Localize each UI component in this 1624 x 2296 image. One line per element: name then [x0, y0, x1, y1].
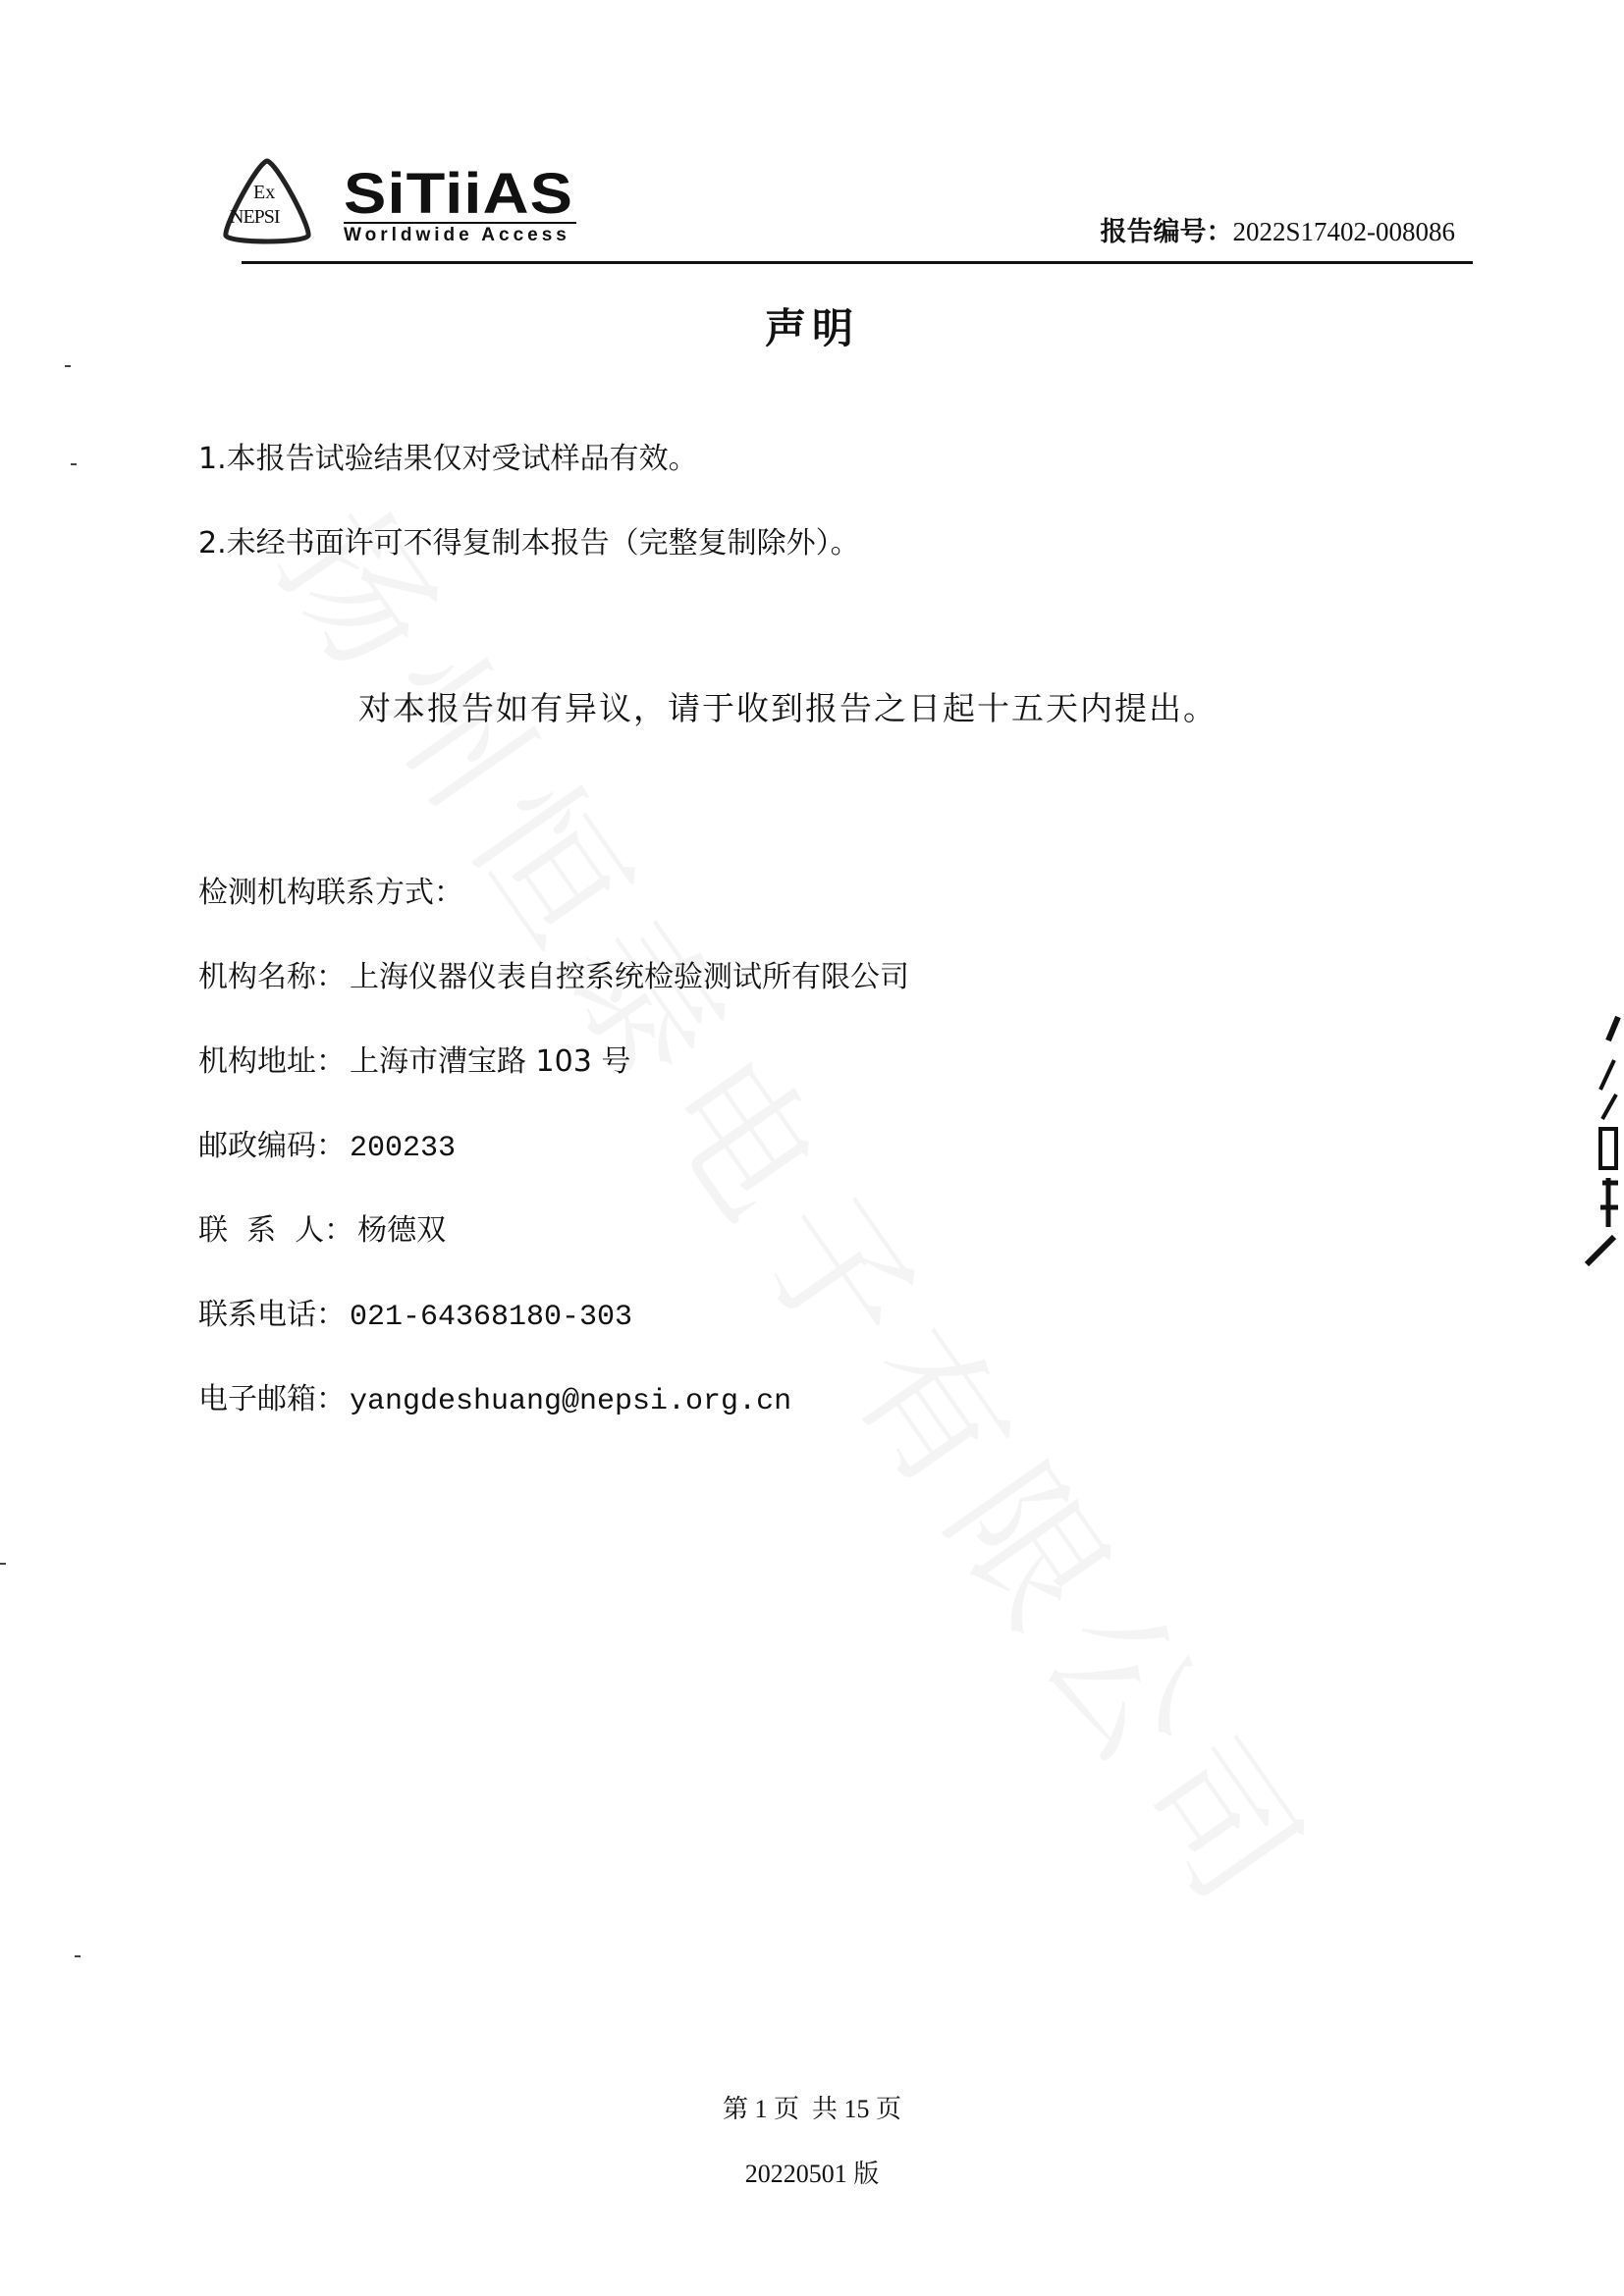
scan-speck — [65, 365, 71, 367]
contact-value: 200233 — [350, 1132, 456, 1165]
objection-notice: 对本报告如有异议，请于收到报告之日起十五天内提出。 — [358, 683, 1218, 729]
scan-speck — [75, 1955, 81, 1957]
contact-person: 联 系 人：杨德双 — [198, 1205, 446, 1249]
contact-label: 电子邮箱： — [198, 1374, 346, 1417]
contact-label: 联系电话： — [198, 1290, 346, 1333]
contact-org-name: 机构名称：上海仪器仪表自控系统检验测试所有限公司 — [198, 952, 909, 995]
report-number: 报告编号：2022S17402-008086 — [1100, 210, 1455, 248]
scan-speck — [0, 1563, 6, 1565]
header-divider — [242, 261, 1473, 264]
report-header: Ex NEPSI SiTiiAS Worldwide Access 报告编号：2… — [0, 0, 1624, 265]
contact-value: 上海市漕宝路 103 号 — [350, 1037, 630, 1080]
contact-phone: 联系电话：021-64368180-303 — [198, 1290, 632, 1334]
brand-tagline: Worldwide Access — [344, 225, 570, 246]
clause-2: 2.未经书面许可不得复制本报告（完整复制除外）。 — [198, 518, 860, 561]
contact-address: 机构地址：上海市漕宝路 103 号 — [198, 1037, 630, 1080]
contact-postcode: 邮政编码：200233 — [198, 1121, 456, 1165]
contact-value: 上海仪器仪表自控系统检验测试所有限公司 — [350, 952, 909, 995]
contact-email: 电子邮箱：yangdeshuang@nepsi.org.cn — [198, 1374, 791, 1418]
logo-ex-text: Ex — [253, 182, 275, 204]
contact-label: 机构地址： — [198, 1037, 346, 1080]
page-title: 声明 — [0, 296, 1624, 355]
report-number-value: 2022S17402-008086 — [1232, 217, 1455, 246]
brand-logo: SiTiiAS — [344, 165, 573, 224]
contact-value: 杨德双 — [357, 1205, 446, 1249]
template-version: 20220501 版 — [0, 2154, 1624, 2190]
brand-underline — [344, 222, 576, 224]
contact-value: 021-64368180-303 — [350, 1301, 632, 1334]
report-number-label: 报告编号： — [1100, 217, 1232, 247]
logo-nepsi-text: NEPSI — [230, 206, 280, 229]
contact-label: 邮政编码： — [198, 1121, 346, 1164]
scan-speck — [71, 463, 77, 465]
contact-heading: 检测机构联系方式： — [198, 868, 463, 911]
clause-1: 1.本报告试验结果仅对受试样品有效。 — [198, 434, 698, 477]
page-number: 第 1 页 共 15 页 — [0, 2089, 1624, 2125]
contact-label: 机构名称： — [198, 952, 346, 995]
seal-stamp-edge-icon — [1579, 1011, 1624, 1266]
contact-label: 联 系 人： — [198, 1205, 353, 1249]
contact-value: yangdeshuang@nepsi.org.cn — [350, 1385, 791, 1418]
